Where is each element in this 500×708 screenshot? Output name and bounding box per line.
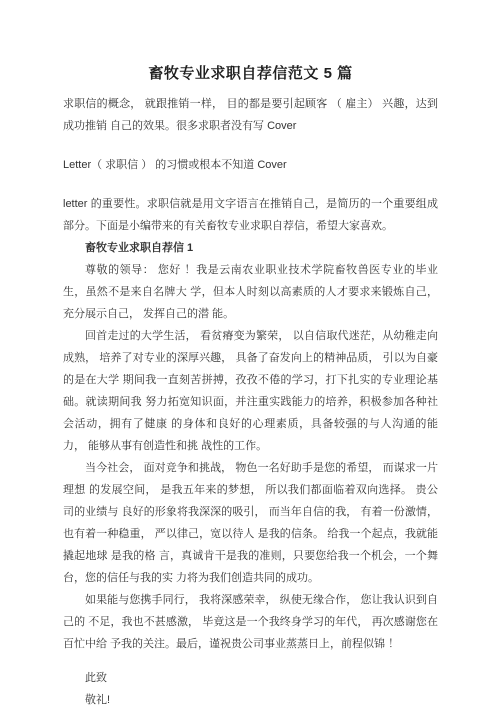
paragraph: 敬礼!: [63, 689, 438, 708]
document-content: 畜牧专业求职自荐信范文 5 篇 求职信的概念， 就跟推销一样， 目的都是要引起顾…: [0, 0, 500, 708]
paragraph: 回首走过的大学生活， 看贫瘠变为繁荣， 以自信取代迷茫，从幼稚走向成熟， 培养了…: [63, 325, 438, 457]
paragraph: 求职信的概念， 就跟推销一样， 目的都是要引起顾客 （ 雇主） 兴趣，达到成功推…: [63, 93, 438, 137]
paragraph: 尊敬的领导： 您好 ！我是云南农业职业技术学院畜牧兽医专业的毕业生，虽然不是来自…: [63, 259, 438, 325]
document-page: 畜牧专业求职自荐信范文 5 篇 求职信的概念， 就跟推销一样， 目的都是要引起顾…: [0, 0, 500, 708]
document-title: 畜牧专业求职自荐信范文 5 篇: [63, 64, 438, 84]
document-body: 求职信的概念， 就跟推销一样， 目的都是要引起顾客 （ 雇主） 兴趣，达到成功推…: [63, 93, 438, 708]
paragraph: 此致: [63, 667, 438, 689]
paragraph: letter 的重要性。求职信就是用文字语言在推销自己，是简历的一个重要组成 部…: [63, 193, 438, 237]
paragraph: 当今社会， 面对竞争和挑战， 物色一名好助手是您的希望， 而谋求一片理想 的发展…: [63, 457, 438, 589]
paragraph: 畜牧专业求职自荐信 1: [63, 237, 438, 259]
paragraph: 如果能与您携手同行， 我将深感荣幸， 纵使无缘合作， 您让我认识到自己的 不足，…: [63, 589, 438, 655]
paragraph: Letter（ 求职信 ） 的习惯或根本不知道 Cover: [63, 154, 438, 176]
